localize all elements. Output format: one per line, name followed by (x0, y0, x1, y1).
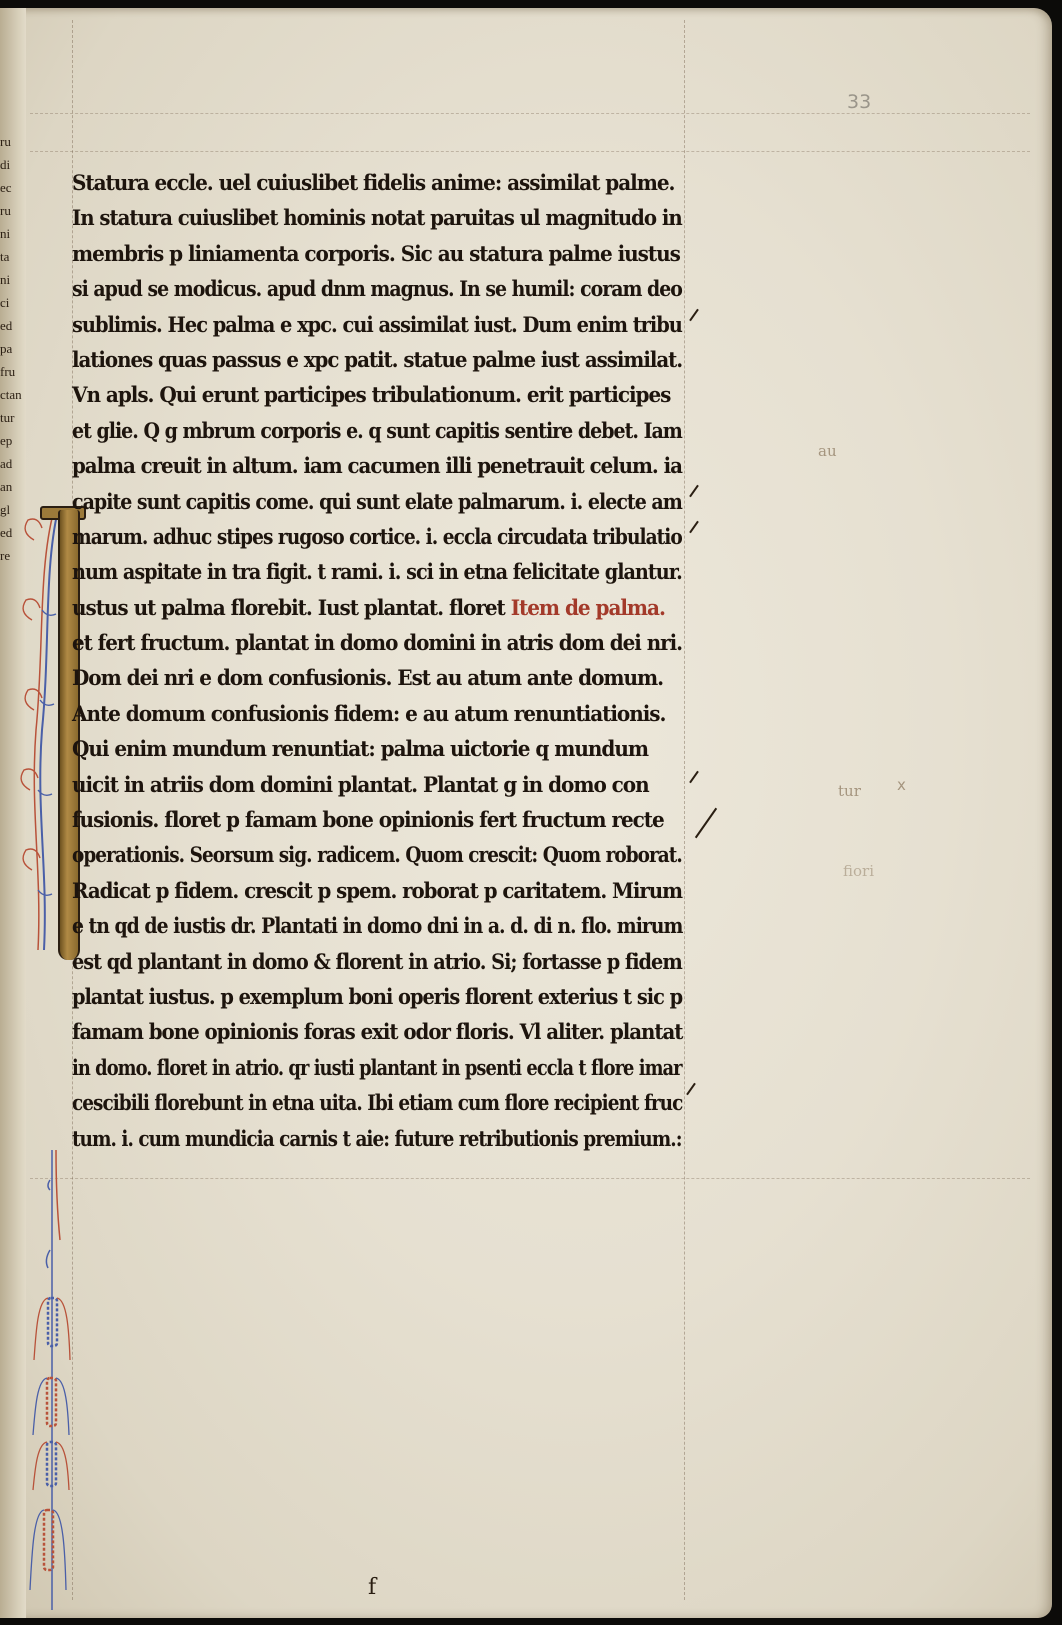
text-line: plantat iustus. p exemplum boni operis f… (72, 979, 663, 1014)
text-line: uicit in atriis dom domini plantat. Plan… (72, 767, 682, 802)
facing-fragment: ta (0, 245, 26, 268)
rubric-heading: Item de palma. (511, 595, 665, 620)
text-line: et fert fructum. plantat in domo domini … (72, 625, 679, 660)
text-line: sublimis. Hec palma e xpc. cui assimilat… (72, 307, 664, 342)
facing-fragment: ci (0, 291, 26, 314)
facing-fragment: ec (0, 176, 26, 199)
text-line: operationis. Seorsum sig. radicem. Quom … (72, 837, 635, 872)
text-segment: ustus ut palma florebit. Iust plantat. f… (72, 595, 505, 620)
text-line: palma creuit in altum. iam cacumen illi … (72, 448, 675, 483)
text-line: num aspitate in tra figit. t rami. i. sc… (72, 554, 657, 589)
folio-number: 33 (847, 91, 871, 113)
catchword: f (368, 1575, 376, 1600)
margin-mark: x (897, 776, 906, 794)
text-line: tum. i. cum mundicia carnis t aie: futur… (72, 1121, 634, 1156)
text-line: famam bone opinionis foras exit odor flo… (72, 1014, 675, 1049)
margin-note: fiori (843, 862, 874, 880)
main-text-column: Statura eccle. uel cuiuslibet fidelis an… (72, 165, 712, 1156)
facing-fragment: ep (0, 429, 26, 452)
text-line: fusionis. floret p famam bone opinionis … (72, 802, 682, 837)
facing-fragment: ru (0, 130, 26, 153)
ruling-line-top (30, 113, 1030, 114)
text-line: lationes quas passus e xpc patit. statue… (72, 342, 676, 377)
text-line: Ante domum confusionis fidem: e au atum … (72, 696, 682, 731)
margin-note: tur (838, 782, 861, 800)
facing-fragment: ni (0, 222, 26, 245)
text-line: Statura eccle. uel cuiuslibet fidelis an… (72, 165, 682, 200)
ruling-line-top-2 (30, 151, 1030, 152)
text-line: e tn qd de iustis dr. Plantati in domo d… (72, 908, 645, 943)
text-line: capite sunt capitis come. qui sunt elate… (72, 484, 651, 519)
facing-fragment: fru (0, 360, 26, 383)
text-line: est qd plantant in domo & florent in atr… (72, 944, 661, 979)
margin-note: au (818, 442, 837, 460)
facing-fragment: ctan (0, 383, 26, 406)
text-line: in domo. floret in atrio. qr iusti plant… (72, 1050, 616, 1085)
text-line: membris p liniamenta corporis. Sic au st… (72, 236, 682, 271)
text-line: Qui enim mundum renuntiat: palma uictori… (72, 731, 682, 766)
ruling-line-bottom (30, 1178, 1030, 1179)
border-bar-decoration (22, 1150, 72, 1610)
facing-fragment: ni (0, 268, 26, 291)
facing-fragment: ad (0, 452, 26, 475)
text-line-with-rubric: ustus ut palma florebit. Iust plantat. f… (72, 590, 682, 625)
text-line: Vn apls. Qui erunt participes tribulatio… (72, 377, 682, 412)
facing-fragment: ed (0, 314, 26, 337)
text-line: si apud se modicus. apud dnm magnus. In … (72, 271, 648, 306)
text-line: In statura cuiuslibet hominis notat paru… (72, 200, 674, 235)
facing-fragment: di (0, 153, 26, 176)
facing-fragment: tur (0, 406, 26, 429)
text-line: Dom dei nri e dom confusionis. Est au at… (72, 660, 682, 695)
facing-fragment: pa (0, 337, 26, 360)
facing-fragment: ru (0, 199, 26, 222)
text-line: marum. adhuc stipes rugoso cortice. i. e… (72, 519, 639, 554)
text-line: cescibili florebunt in etna uita. Ibi et… (72, 1085, 635, 1120)
text-line: et glie. Q g mbrum corporis e. q sunt ca… (72, 413, 650, 448)
text-line: Radicat p fidem. crescit p spem. roborat… (72, 873, 674, 908)
